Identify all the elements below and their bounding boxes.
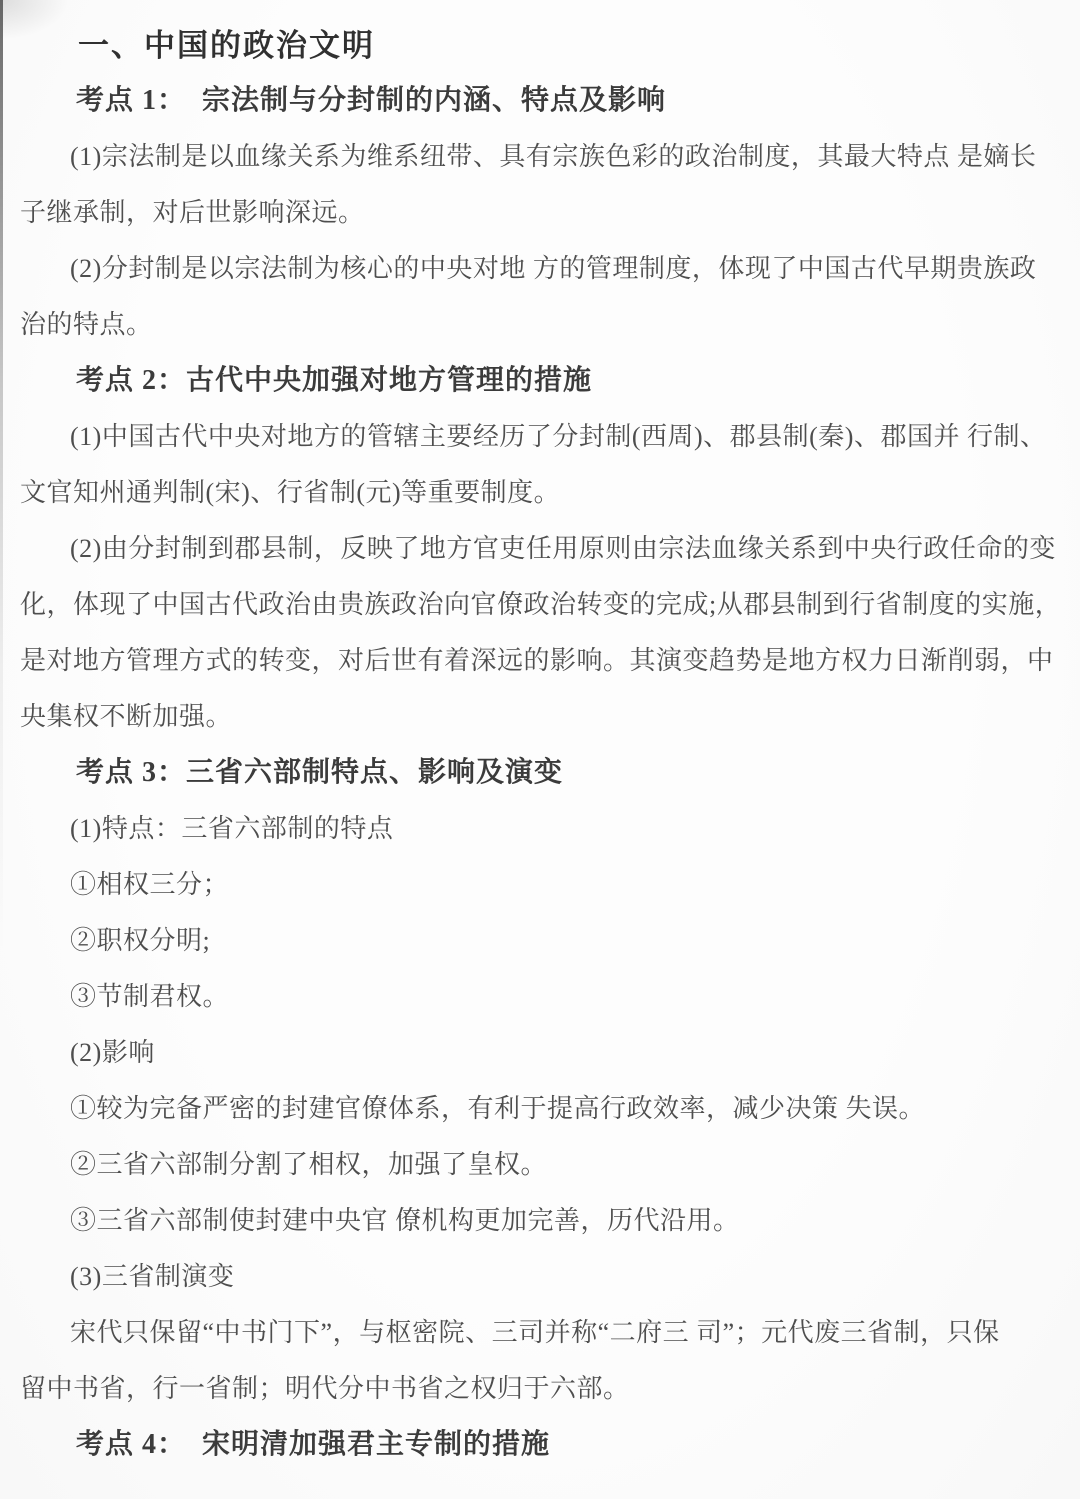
doc-list-item: ①相权三分； bbox=[20, 854, 1055, 910]
section-heading-kaodian-3: 考点 3：三省六部制特点、影响及演变 bbox=[20, 742, 1055, 798]
doc-list-item: ③三省六部制使封建中央官 僚机构更加完善，历代沿用。 bbox=[20, 1190, 1055, 1246]
doc-line: 留中书省，行一省制；明代分中书省之权归于六部。 bbox=[20, 1358, 1055, 1414]
document-content: 一、中国的政治文明 考点 1： 宗法制与分封制的内涵、特点及影响 (1)宗法制是… bbox=[0, 0, 1080, 1470]
doc-list-item: ①较为完备严密的封建官僚体系，有利于提高行政效率，减少决策 失误。 bbox=[20, 1078, 1055, 1134]
doc-line: (2)影响 bbox=[20, 1022, 1055, 1078]
document-page: 一、中国的政治文明 考点 1： 宗法制与分封制的内涵、特点及影响 (1)宗法制是… bbox=[0, 0, 1080, 1499]
doc-line: (1)特点：三省六部制的特点 bbox=[20, 798, 1055, 854]
scan-edge-artifact bbox=[0, 0, 3, 950]
doc-line: (1)中国古代中央对地方的管辖主要经历了分封制(西周)、郡县制(秦)、郡国并 行… bbox=[20, 406, 1055, 462]
doc-line: 子继承制，对后世影响深远。 bbox=[20, 182, 1055, 238]
doc-line: 化，体现了中国古代政治由贵族政治向官僚政治转变的完成;从郡县制到行省制度的实施， bbox=[20, 574, 1055, 630]
scan-corner-shade bbox=[0, 0, 70, 40]
doc-list-item: ③节制君权。 bbox=[20, 966, 1055, 1022]
page-title: 一、中国的政治文明 bbox=[20, 14, 1055, 70]
section-heading-kaodian-2: 考点 2：古代中央加强对地方管理的措施 bbox=[20, 350, 1055, 406]
doc-line: 治的特点。 bbox=[20, 294, 1055, 350]
doc-list-item: ②职权分明; bbox=[20, 910, 1055, 966]
doc-line: 文官知州通判制(宋)、行省制(元)等重要制度。 bbox=[20, 462, 1055, 518]
doc-line: (2)分封制是以宗法制为核心的中央对地 方的管理制度，体现了中国古代早期贵族政 bbox=[20, 238, 1055, 294]
section-heading-kaodian-1: 考点 1： 宗法制与分封制的内涵、特点及影响 bbox=[20, 70, 1055, 126]
doc-line: (3)三省制演变 bbox=[20, 1246, 1055, 1302]
doc-line: (2)由分封制到郡县制，反映了地方官吏任用原则由宗法血缘关系到中央行政任命的变 bbox=[20, 518, 1055, 574]
doc-line: (1)宗法制是以血缘关系为维系纽带、具有宗族色彩的政治制度，其最大特点 是嫡长 bbox=[20, 126, 1055, 182]
doc-line: 宋代只保留“中书门下”，与枢密院、三司并称“二府三 司”；元代废三省制，只保 bbox=[20, 1302, 1055, 1358]
section-heading-kaodian-4: 考点 4： 宋明清加强君主专制的措施 bbox=[20, 1414, 1055, 1470]
doc-line: 央集权不断加强。 bbox=[20, 686, 1055, 742]
doc-line: 是对地方管理方式的转变，对后世有着深远的影响。其演变趋势是地方权力日渐削弱，中 bbox=[20, 630, 1055, 686]
doc-list-item: ②三省六部制分割了相权，加强了皇权。 bbox=[20, 1134, 1055, 1190]
